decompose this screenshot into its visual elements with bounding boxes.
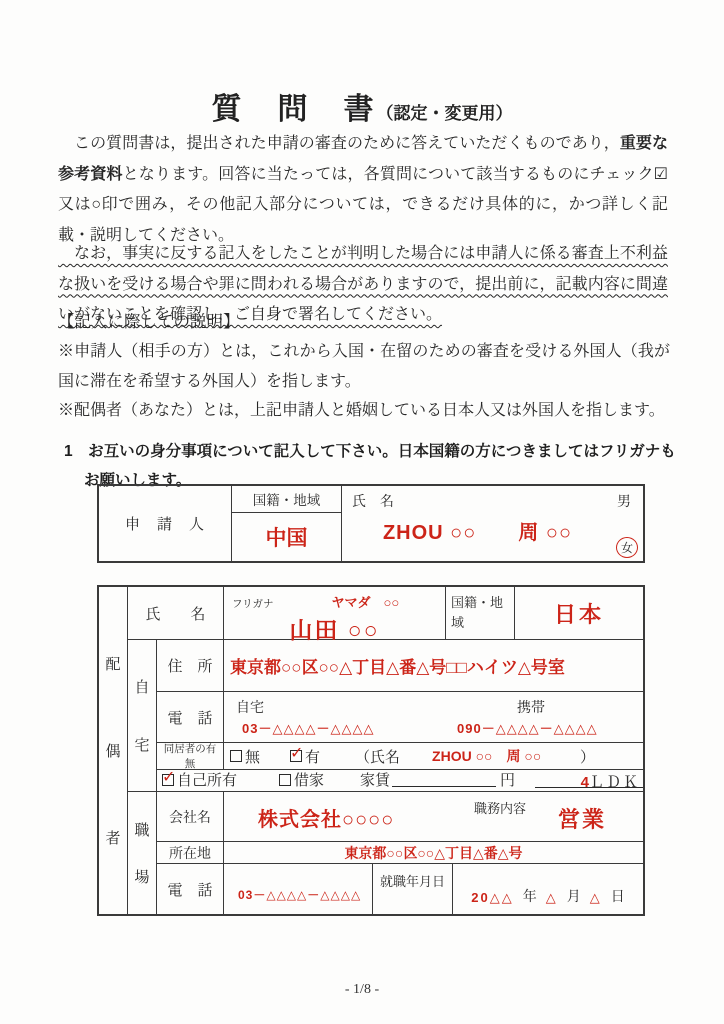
document-title: 質 問 書（認定・変更用） [0,84,724,128]
spouse-name-area: フリガナ ヤマダ ○○ 山田 ○○ [224,587,445,639]
year-unit: 年 [523,886,537,906]
work-phone-label: 電 話 [157,864,224,914]
hire-year-value: 20△△ [471,890,513,906]
spouse-row-header: 配偶者 [99,587,128,914]
spouse-table: 配偶者 氏 名 フリガナ ヤマダ ○○ 山田 ○○ 国籍・地域 日本 自宅 住 … [97,585,645,916]
phone-mobile-sublabel: 携帯 [517,697,545,717]
owned-label: 自己所有 [177,769,237,790]
check-icon: ✓ [290,745,303,761]
company-cell: 株式会社○○○○ 職務内容 営業 [224,792,643,842]
intro-text-pre: この質問書は，提出された申請の審査のために答えていただくものであり， [58,135,620,152]
cohabitant-yes-label: 有 [305,746,320,767]
work-phone-value-cell: 03－△△△△－△△△△ [224,864,373,914]
month-unit: 月 [567,886,581,906]
checkbox-owned-checked: ✓ [162,774,174,786]
applicant-nationality-label: 国籍・地域 [232,486,342,513]
rooms-value: 4 [581,774,589,791]
job-value: 営業 [558,803,606,834]
cohabitant-cell: 無 ✓ 有 （氏名 ZHOU ○○ 周 ○○ ） [224,743,643,770]
company-value: 株式会社○○○○ [258,803,394,832]
work-section-header: 職場 [128,792,157,914]
checkbox-cohabitant-yes-checked: ✓ [290,750,302,762]
rooms-underline: 4ＬＤＫ [535,771,643,788]
phone-mobile-value: 090－△△△△－△△△△ [457,718,598,737]
home-phone-cell: 自宅 携帯 03－△△△△－△△△△ 090－△△△△－△△△△ [224,692,643,743]
phone-home-value: 03－△△△△－△△△△ [242,718,374,737]
housing-type-row: ✓ 自己所有 借家 家賃 円 4ＬＤＫ [157,770,643,792]
checkbox-rented [279,774,291,786]
cohabitant-no-label: 無 [245,746,260,767]
address-label: 住 所 [157,640,224,692]
company-label: 会社名 [157,792,224,842]
address-value: 東京都○○区○○△丁目△番△号□□ハイツ△号室 [224,640,643,692]
cohabitant-name-close: ） [580,746,595,767]
check-icon: ✓ [162,769,175,785]
work-location-value: 東京都○○区○○△丁目△番△号 [224,842,643,864]
hire-month-value: △ [546,890,558,906]
spouse-name-cell: フリガナ ヤマダ ○○ 山田 ○○ 国籍・地域 日本 [224,587,643,640]
page-number: - 1/8 - [0,982,724,998]
spouse-name-label: 氏 名 [128,587,224,640]
applicant-row-label: 申 請 人 [99,486,232,561]
intro-text-post: となります。回答に当たっては，各質問について該当するものにチェック☑又は○印で囲… [58,166,668,244]
rent-amount-blank [392,772,496,787]
home-section-header: 自宅 [128,640,157,792]
rent-label: 家賃 [360,769,390,790]
applicant-name-value: ZHOU ○○ 周 ○○ [342,516,613,545]
home-phone-label: 電 話 [157,692,224,743]
rented-label: 借家 [294,769,324,790]
hire-date-label: 就職年月日 [373,864,453,914]
applicant-table: 申 請 人 国籍・地域 中国 氏 名 男 ZHOU ○○ 周 ○○ 女 [97,484,645,563]
applicant-female-circled: 女 [616,537,638,558]
cohabitant-name-value: ZHOU ○○ 周 ○○ [432,746,541,766]
day-unit: 日 [611,886,625,906]
work-phone-cell: 03－△△△△－△△△△ 就職年月日 20△△ 年 △ 月 △ 日 [224,864,643,914]
cohabitant-name-open: （氏名 [355,746,400,767]
furigana-value: ヤマダ ○○ [331,592,399,611]
note-spouse: ※配偶者（あなた）とは，上記申請人と婚姻している日本人又は外国人を指します。 [58,396,670,426]
work-phone-value: 03－△△△△－△△△△ [238,886,361,903]
spouse-nationality-value: 日本 [515,587,643,639]
explanation-header: 【記入に際しての説明】 [58,308,240,332]
hire-day-value: △ [590,890,602,906]
phone-home-sublabel: 自宅 [236,697,264,717]
applicant-name-label: 氏 名 [352,491,394,511]
title-suffix: （認定・変更用） [377,104,513,123]
cohabitant-label: 同居者の有無 [157,743,224,770]
applicant-name-cell: 氏 名 男 ZHOU ○○ 周 ○○ 女 [342,486,643,561]
hire-date-value: 20△△ 年 △ 月 △ 日 [453,864,643,914]
applicant-male-label: 男 [617,491,631,511]
furigana-label: フリガナ [232,596,273,611]
checkbox-cohabitant-no [230,750,242,762]
applicant-nationality-value: 中国 [232,513,342,561]
document-page: 質 問 書（認定・変更用） この質問書は，提出された申請の審査のために答えていた… [0,0,724,1024]
intro-paragraph: この質問書は，提出された申請の審査のために答えていただくものであり，重要な参考資… [58,129,668,251]
title-text: 質 問 書 [212,93,377,126]
work-location-label: 所在地 [157,842,224,864]
note-applicant: ※申請人（相手の方）とは，これから入国・在留のための審査を受ける外国人（我が国に… [58,337,670,397]
spouse-nationality-label: 国籍・地域 [445,587,515,639]
rent-unit-label: 円 [500,769,515,790]
job-label: 職務内容 [474,798,526,817]
rooms-label: ＬＤＫ [589,775,640,791]
